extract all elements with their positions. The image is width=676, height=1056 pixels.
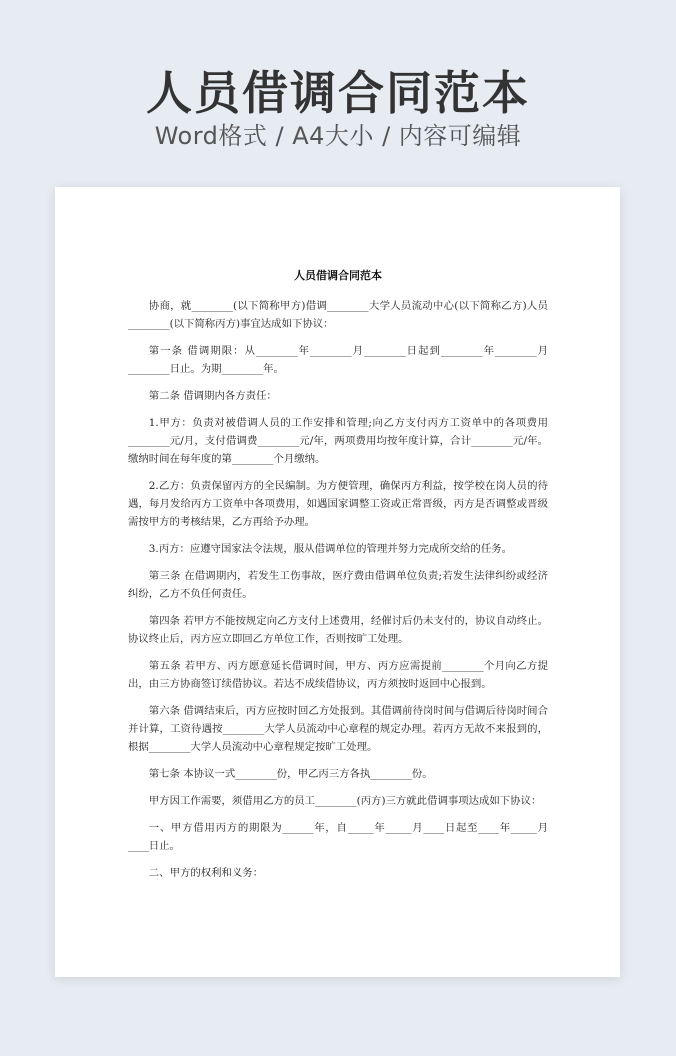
paragraph-article-3: 第三条 在借调期内，若发生工伤事故，医疗费由借调单位负责;若发生法律纠纷或经济纠… — [128, 567, 548, 603]
paragraph-agreement-2-intro: 甲方因工作需要，须借用乙方的员工________(丙方)三方就此借调事项达成如下… — [128, 792, 548, 810]
paragraph-rights: 二、甲方的权利和义务： — [128, 864, 548, 882]
paragraph-intro: 协商，就________(以下简称甲方)借调________大学人员流动中心(以… — [128, 297, 548, 333]
paragraph-article-1: 第一条 借调期限：从________年________月________日起到_… — [128, 342, 548, 378]
document-page: 人员借调合同范本 协商，就________(以下简称甲方)借调________大… — [55, 187, 620, 977]
paragraph-party-a: 1.甲方：负责对被借调人员的工作安排和管理;向乙方支付丙方工资单中的各项费用__… — [128, 414, 548, 468]
document-title: 人员借调合同范本 — [128, 267, 548, 285]
page-subtitle: Word格式 / A4大小 / 内容可编辑 — [0, 120, 676, 152]
paragraph-article-4: 第四条 若甲方不能按规定向乙方支付上述费用，经催讨后仍未支付的，协议自动终止。协… — [128, 612, 548, 648]
paragraph-term: 一、甲方借用丙方的期限为______年，自_____年_____月____日起至… — [128, 819, 548, 855]
paragraph-party-b: 2.乙方：负责保留丙方的全民编制。为方便管理，确保丙方利益，按学校在岗人员的待遇… — [128, 477, 548, 531]
paragraph-party-c: 3.丙方：应遵守国家法令法规，服从借调单位的管理并努力完成所交给的任务。 — [128, 540, 548, 558]
paragraph-article-2: 第二条 借调期内各方责任： — [128, 387, 548, 405]
page-title: 人员借调合同范本 — [0, 66, 676, 120]
paragraph-article-6: 第六条 借调结束后，丙方应按时回乙方处报到。其借调前待岗时间与借调后待岗时间合并… — [128, 702, 548, 756]
document-body: 人员借调合同范本 协商，就________(以下简称甲方)借调________大… — [128, 267, 548, 891]
paragraph-article-5: 第五条 若甲方、丙方愿意延长借调时间，甲方、丙方应需提前________个月向乙… — [128, 657, 548, 693]
paragraph-article-7: 第七条 本协议一式________份，甲乙丙三方各执________份。 — [128, 765, 548, 783]
